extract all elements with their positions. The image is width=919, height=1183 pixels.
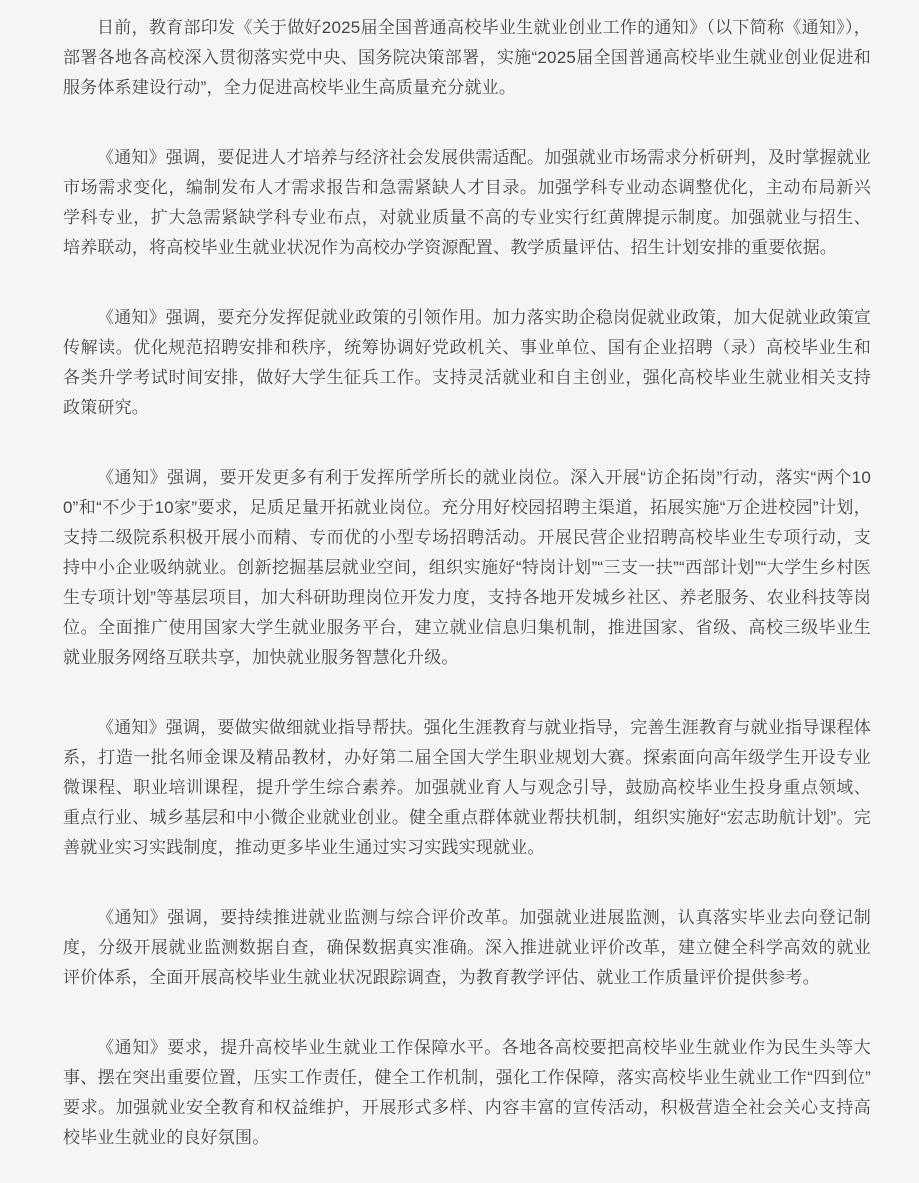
article-body: 日前，教育部印发《关于做好2025届全国普通高校毕业生就业创业工作的通知》（以下… [0,0,919,1183]
paragraph-job-expansion: 《通知》强调，要开发更多有利于发挥所学所长的就业岗位。深入开展“访企拓岗”行动，… [63,463,871,673]
paragraph-supply-demand: 《通知》强调，要促进人才培养与经济社会发展供需适配。加强就业市场需求分析研判，及… [63,143,871,263]
page: 日前，教育部印发《关于做好2025届全国普通高校毕业生就业创业工作的通知》（以下… [0,0,919,1183]
paragraph-intro: 日前，教育部印发《关于做好2025届全国普通高校毕业生就业创业工作的通知》（以下… [63,13,871,103]
paragraph-policy-guidance: 《通知》强调，要充分发挥促就业政策的引领作用。加力落实助企稳岗促就业政策，加大促… [63,303,871,423]
paragraph-work-guarantee: 《通知》要求，提升高校毕业生就业工作保障水平。各地各高校要把高校毕业生就业作为民… [63,1033,871,1153]
paragraph-monitoring-reform: 《通知》强调，要持续推进就业监测与综合评价改革。加强就业进展监测，认真落实毕业去… [63,903,871,993]
paragraph-career-guidance: 《通知》强调，要做实做细就业指导帮扶。强化生涯教育与就业指导，完善生涯教育与就业… [63,713,871,863]
